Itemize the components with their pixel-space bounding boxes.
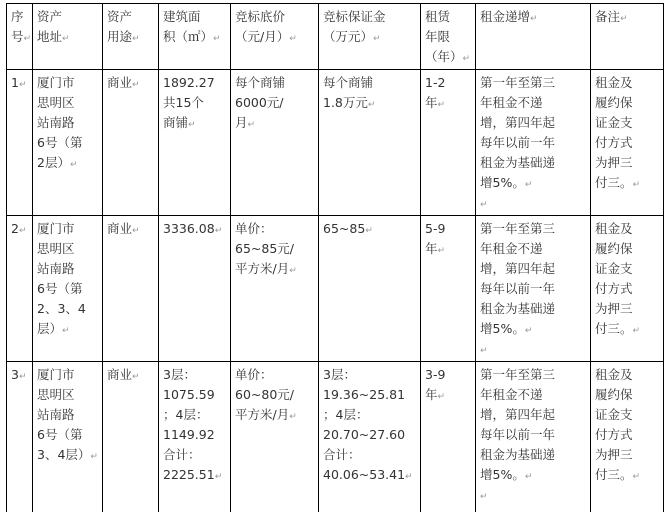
cell-text-line: 平方米/月↵ — [235, 405, 314, 427]
cell-remarks: 租金及履约保证金支付方式为押三付三。↵ — [591, 216, 664, 362]
paragraph-mark-icon: ↵ — [19, 226, 27, 236]
cell-text-line: 序 — [11, 7, 28, 27]
cell-text-line: 租金及 — [595, 73, 659, 93]
cell-seq: 1↵ — [7, 70, 33, 216]
paragraph-mark-icon: ↵ — [438, 246, 446, 256]
cell-text-line: 2层）↵ — [37, 153, 98, 175]
cell-text-line: 备注↵ — [595, 7, 659, 29]
cell-term: 3-9年↵ — [421, 362, 476, 512]
cell-text-line: 共15个 — [163, 93, 226, 113]
cell-text-line: 5-9 — [425, 219, 471, 239]
cell-text-line: 6号（第 — [37, 133, 98, 153]
cell-text-line: 年租金不递 — [480, 93, 586, 113]
cell-text-line: 2、3、4 — [37, 299, 98, 319]
cell-text-line: 层）↵ — [37, 319, 98, 341]
paragraph-mark-icon: ↵ — [530, 14, 538, 24]
cell-increase: 第一年至第三年租金不递增，第四年起每年以前一年租金为基础递增5%。↵↵ — [476, 362, 591, 512]
cell-text-line: 增5%。↵ — [480, 319, 586, 341]
paragraph-mark-icon: ↵ — [24, 34, 32, 44]
paragraph-mark-icon: ↵ — [365, 226, 373, 236]
cell-deposit: 3层：19.36~25.81；4层：20.70~27.60合计：40.06~53… — [319, 362, 421, 512]
paragraph-mark-icon: ↵ — [289, 34, 297, 44]
cell-text-line: 租金为基础递 — [480, 299, 586, 319]
header-address: 资产地址↵ — [33, 4, 103, 70]
cell-text-line: 用途↵ — [107, 27, 154, 49]
cell-base_price: 单价：65~85元/平方米/月↵ — [231, 216, 319, 362]
cell-text-line: 6000元/ — [235, 93, 314, 113]
cell-text-line: 第一年至第三 — [480, 73, 586, 93]
paragraph-mark-icon: ↵ — [480, 195, 586, 215]
paragraph-mark-icon: ↵ — [132, 372, 140, 382]
cell-text-line: 商业↵ — [107, 365, 154, 387]
cell-text-line: 3、4层）↵ — [37, 445, 98, 467]
cell-text-line: 竞标保证金 — [323, 7, 416, 27]
cell-usage: 商业↵ — [103, 70, 159, 216]
cell-base_price: 单价：60~80元/平方米/月↵ — [231, 362, 319, 512]
cell-increase: 第一年至第三年租金不递增，第四年起每年以前一年租金为基础递增5%。↵↵ — [476, 70, 591, 216]
asset-lease-table: 序号↵资产地址↵资产用途↵建筑面积（㎡）↵竞标底价（元/月）↵竞标保证金（万元）… — [6, 3, 664, 512]
paragraph-mark-icon: ↵ — [132, 226, 140, 236]
cell-text-line: 年租金不递 — [480, 385, 586, 405]
cell-text-line: 租金及 — [595, 365, 659, 385]
cell-term: 1-2年↵ — [421, 70, 476, 216]
cell-text-line: ；4层： — [163, 405, 226, 425]
paragraph-mark-icon: ↵ — [620, 14, 628, 24]
cell-text-line: 1↵ — [11, 73, 28, 95]
cell-text-line: 65~85↵ — [323, 219, 416, 241]
cell-text-line: 租金为基础递 — [480, 153, 586, 173]
cell-text-line: 每年以前一年 — [480, 279, 586, 299]
cell-text-line: 1892.27 — [163, 73, 226, 93]
header-area: 建筑面积（㎡）↵ — [159, 4, 231, 70]
cell-text-line: 增，第四年起 — [480, 259, 586, 279]
cell-text-line: 付方式 — [595, 425, 659, 445]
cell-text-line: 19.36~25.81 — [323, 385, 416, 405]
cell-text-line: 付三。↵ — [595, 173, 659, 195]
cell-text-line: 竞标底价 — [235, 7, 314, 27]
header-deposit: 竞标保证金（万元）↵ — [319, 4, 421, 70]
cell-text-line: 第一年至第三 — [480, 219, 586, 239]
cell-text-line: 3336.08↵ — [163, 219, 226, 241]
header-row: 序号↵资产地址↵资产用途↵建筑面积（㎡）↵竞标底价（元/月）↵竞标保证金（万元）… — [7, 4, 664, 70]
cell-text-line: 2↵ — [11, 219, 28, 241]
paragraph-mark-icon: ↵ — [480, 341, 586, 361]
cell-text-line: 证金支 — [595, 259, 659, 279]
paragraph-mark-icon: ↵ — [215, 226, 223, 236]
cell-text-line: 增，第四年起 — [480, 113, 586, 133]
cell-text-line: 厦门市 — [37, 365, 98, 385]
paragraph-mark-icon: ↵ — [438, 100, 446, 110]
cell-text-line: 思明区 — [37, 385, 98, 405]
cell-text-line: 履约保 — [595, 239, 659, 259]
cell-text-line: 商铺↵ — [163, 113, 226, 135]
cell-text-line: 资产 — [37, 7, 98, 27]
cell-text-line: 每个商铺 — [323, 73, 416, 93]
paragraph-mark-icon: ↵ — [62, 34, 70, 44]
cell-text-line: 建筑面 — [163, 7, 226, 27]
cell-text-line: 厦门市 — [37, 219, 98, 239]
cell-text-line: 单价： — [235, 365, 314, 385]
paragraph-mark-icon: ↵ — [633, 326, 641, 336]
paragraph-mark-icon: ↵ — [525, 472, 533, 482]
cell-text-line: 65~85元/ — [235, 239, 314, 259]
header-seq: 序号↵ — [7, 4, 33, 70]
cell-deposit: 每个商铺1.8万元↵ — [319, 70, 421, 216]
paragraph-mark-icon: ↵ — [438, 392, 446, 402]
paragraph-mark-icon: ↵ — [633, 472, 641, 482]
cell-remarks: 租金及履约保证金支付方式为押三付三。↵ — [591, 70, 664, 216]
cell-text-line: 思明区 — [37, 93, 98, 113]
paragraph-mark-icon: ↵ — [19, 372, 27, 382]
paragraph-mark-icon: ↵ — [19, 80, 27, 90]
paragraph-mark-icon: ↵ — [525, 326, 533, 336]
cell-text-line: 站南路 — [37, 113, 98, 133]
cell-text-line: 年↵ — [425, 93, 471, 115]
paragraph-mark-icon: ↵ — [463, 54, 471, 64]
cell-text-line: ；4层： — [323, 405, 416, 425]
cell-text-line: 增5%。↵ — [480, 173, 586, 195]
cell-text-line: 每个商铺 — [235, 73, 314, 93]
cell-text-line: 资产 — [107, 7, 154, 27]
cell-text-line: 租金递增↵ — [480, 7, 586, 29]
cell-text-line: 租金及 — [595, 219, 659, 239]
cell-text-line: 站南路 — [37, 405, 98, 425]
cell-usage: 商业↵ — [103, 362, 159, 512]
cell-text-line: 号↵ — [11, 27, 28, 49]
cell-text-line: 1.8万元↵ — [323, 93, 416, 115]
cell-text-line: 思明区 — [37, 239, 98, 259]
cell-text-line: 合计： — [323, 445, 416, 465]
cell-text-line: 平方米/月↵ — [235, 259, 314, 281]
header-usage: 资产用途↵ — [103, 4, 159, 70]
cell-text-line: 6号（第 — [37, 425, 98, 445]
paragraph-mark-icon: ↵ — [525, 180, 533, 190]
table-row: 2↵厦门市思明区站南路6号（第2、3、4层）↵商业↵3336.08↵单价：65~… — [7, 216, 664, 362]
cell-text-line: 履约保 — [595, 385, 659, 405]
cell-usage: 商业↵ — [103, 216, 159, 362]
cell-deposit: 65~85↵ — [319, 216, 421, 362]
cell-text-line: 年租金不递 — [480, 239, 586, 259]
cell-text-line: 3层： — [323, 365, 416, 385]
cell-seq: 3↵ — [7, 362, 33, 512]
cell-text-line: 3层： — [163, 365, 226, 385]
paragraph-mark-icon: ↵ — [405, 472, 413, 482]
cell-text-line: 1075.59 — [163, 385, 226, 405]
paragraph-mark-icon: ↵ — [289, 412, 297, 422]
paragraph-mark-icon: ↵ — [132, 80, 140, 90]
paragraph-mark-icon: ↵ — [188, 120, 196, 130]
cell-text-line: 合计： — [163, 445, 226, 465]
paragraph-mark-icon: ↵ — [213, 34, 221, 44]
paragraph-mark-icon: ↵ — [633, 180, 641, 190]
cell-text-line: 付三。↵ — [595, 465, 659, 487]
cell-base_price: 每个商铺6000元/月↵ — [231, 70, 319, 216]
cell-area: 3层：1075.59；4层：1149.92合计：2225.51↵ — [159, 362, 231, 512]
cell-address: 厦门市思明区站南路6号（第3、4层）↵ — [33, 362, 103, 512]
cell-text-line: 60~80元/ — [235, 385, 314, 405]
cell-text-line: 租赁 — [425, 7, 471, 27]
header-term: 租赁年限（年）↵ — [421, 4, 476, 70]
cell-text-line: 商业↵ — [107, 219, 154, 241]
cell-term: 5-9年↵ — [421, 216, 476, 362]
cell-text-line: 1149.92 — [163, 425, 226, 445]
header-remarks: 备注↵ — [591, 4, 664, 70]
cell-text-line: 3↵ — [11, 365, 28, 387]
cell-text-line: 积（㎡）↵ — [163, 27, 226, 49]
cell-text-line: 年限 — [425, 27, 471, 47]
cell-area: 1892.27共15个商铺↵ — [159, 70, 231, 216]
paragraph-mark-icon: ↵ — [368, 100, 376, 110]
cell-text-line: 付方式 — [595, 279, 659, 299]
cell-text-line: 付方式 — [595, 133, 659, 153]
cell-text-line: 厦门市 — [37, 73, 98, 93]
paragraph-mark-icon: ↵ — [90, 452, 98, 462]
cell-text-line: （元/月）↵ — [235, 27, 314, 49]
paragraph-mark-icon: ↵ — [373, 34, 381, 44]
cell-text-line: 1-2 — [425, 73, 471, 93]
cell-text-line: 增5%。↵ — [480, 465, 586, 487]
cell-address: 厦门市思明区站南路6号（第2、3、4层）↵ — [33, 216, 103, 362]
paragraph-mark-icon: ↵ — [215, 472, 223, 482]
cell-text-line: 2225.51↵ — [163, 465, 226, 487]
paragraph-mark-icon: ↵ — [289, 266, 297, 276]
cell-text-line: 40.06~53.41↵ — [323, 465, 416, 487]
cell-text-line: 每年以前一年 — [480, 425, 586, 445]
cell-text-line: 年↵ — [425, 385, 471, 407]
cell-text-line: 20.70~27.60 — [323, 425, 416, 445]
cell-text-line: 付三。↵ — [595, 319, 659, 341]
cell-remarks: 租金及履约保证金支付方式为押三付三。↵ — [591, 362, 664, 512]
cell-text-line: 证金支 — [595, 405, 659, 425]
cell-text-line: 履约保 — [595, 93, 659, 113]
cell-text-line: 站南路 — [37, 259, 98, 279]
paragraph-mark-icon: ↵ — [70, 160, 78, 170]
table-row: 1↵厦门市思明区站南路6号（第2层）↵商业↵1892.27共15个商铺↵每个商铺… — [7, 70, 664, 216]
cell-text-line: 每年以前一年 — [480, 133, 586, 153]
table-row: 3↵厦门市思明区站南路6号（第3、4层）↵商业↵3层：1075.59；4层：11… — [7, 362, 664, 512]
cell-text-line: 第一年至第三 — [480, 365, 586, 385]
cell-text-line: 地址↵ — [37, 27, 98, 49]
cell-text-line: 租金为基础递 — [480, 445, 586, 465]
cell-area: 3336.08↵ — [159, 216, 231, 362]
cell-text-line: 为押三 — [595, 153, 659, 173]
cell-increase: 第一年至第三年租金不递增，第四年起每年以前一年租金为基础递增5%。↵↵ — [476, 216, 591, 362]
header-increase: 租金递增↵ — [476, 4, 591, 70]
cell-text-line: 商业↵ — [107, 73, 154, 95]
cell-text-line: 为押三 — [595, 299, 659, 319]
cell-text-line: 增，第四年起 — [480, 405, 586, 425]
cell-text-line: 证金支 — [595, 113, 659, 133]
cell-text-line: 单价： — [235, 219, 314, 239]
cell-text-line: 月↵ — [235, 113, 314, 135]
cell-text-line: （年）↵ — [425, 47, 471, 69]
paragraph-mark-icon: ↵ — [62, 326, 70, 336]
paragraph-mark-icon: ↵ — [132, 34, 140, 44]
paragraph-mark-icon: ↵ — [480, 487, 586, 507]
paragraph-mark-icon: ↵ — [248, 120, 256, 130]
cell-text-line: 6号（第 — [37, 279, 98, 299]
cell-text-line: 年↵ — [425, 239, 471, 261]
cell-text-line: 为押三 — [595, 445, 659, 465]
cell-text-line: （万元）↵ — [323, 27, 416, 49]
header-base_price: 竞标底价（元/月）↵ — [231, 4, 319, 70]
cell-address: 厦门市思明区站南路6号（第2层）↵ — [33, 70, 103, 216]
cell-text-line: 3-9 — [425, 365, 471, 385]
cell-seq: 2↵ — [7, 216, 33, 362]
